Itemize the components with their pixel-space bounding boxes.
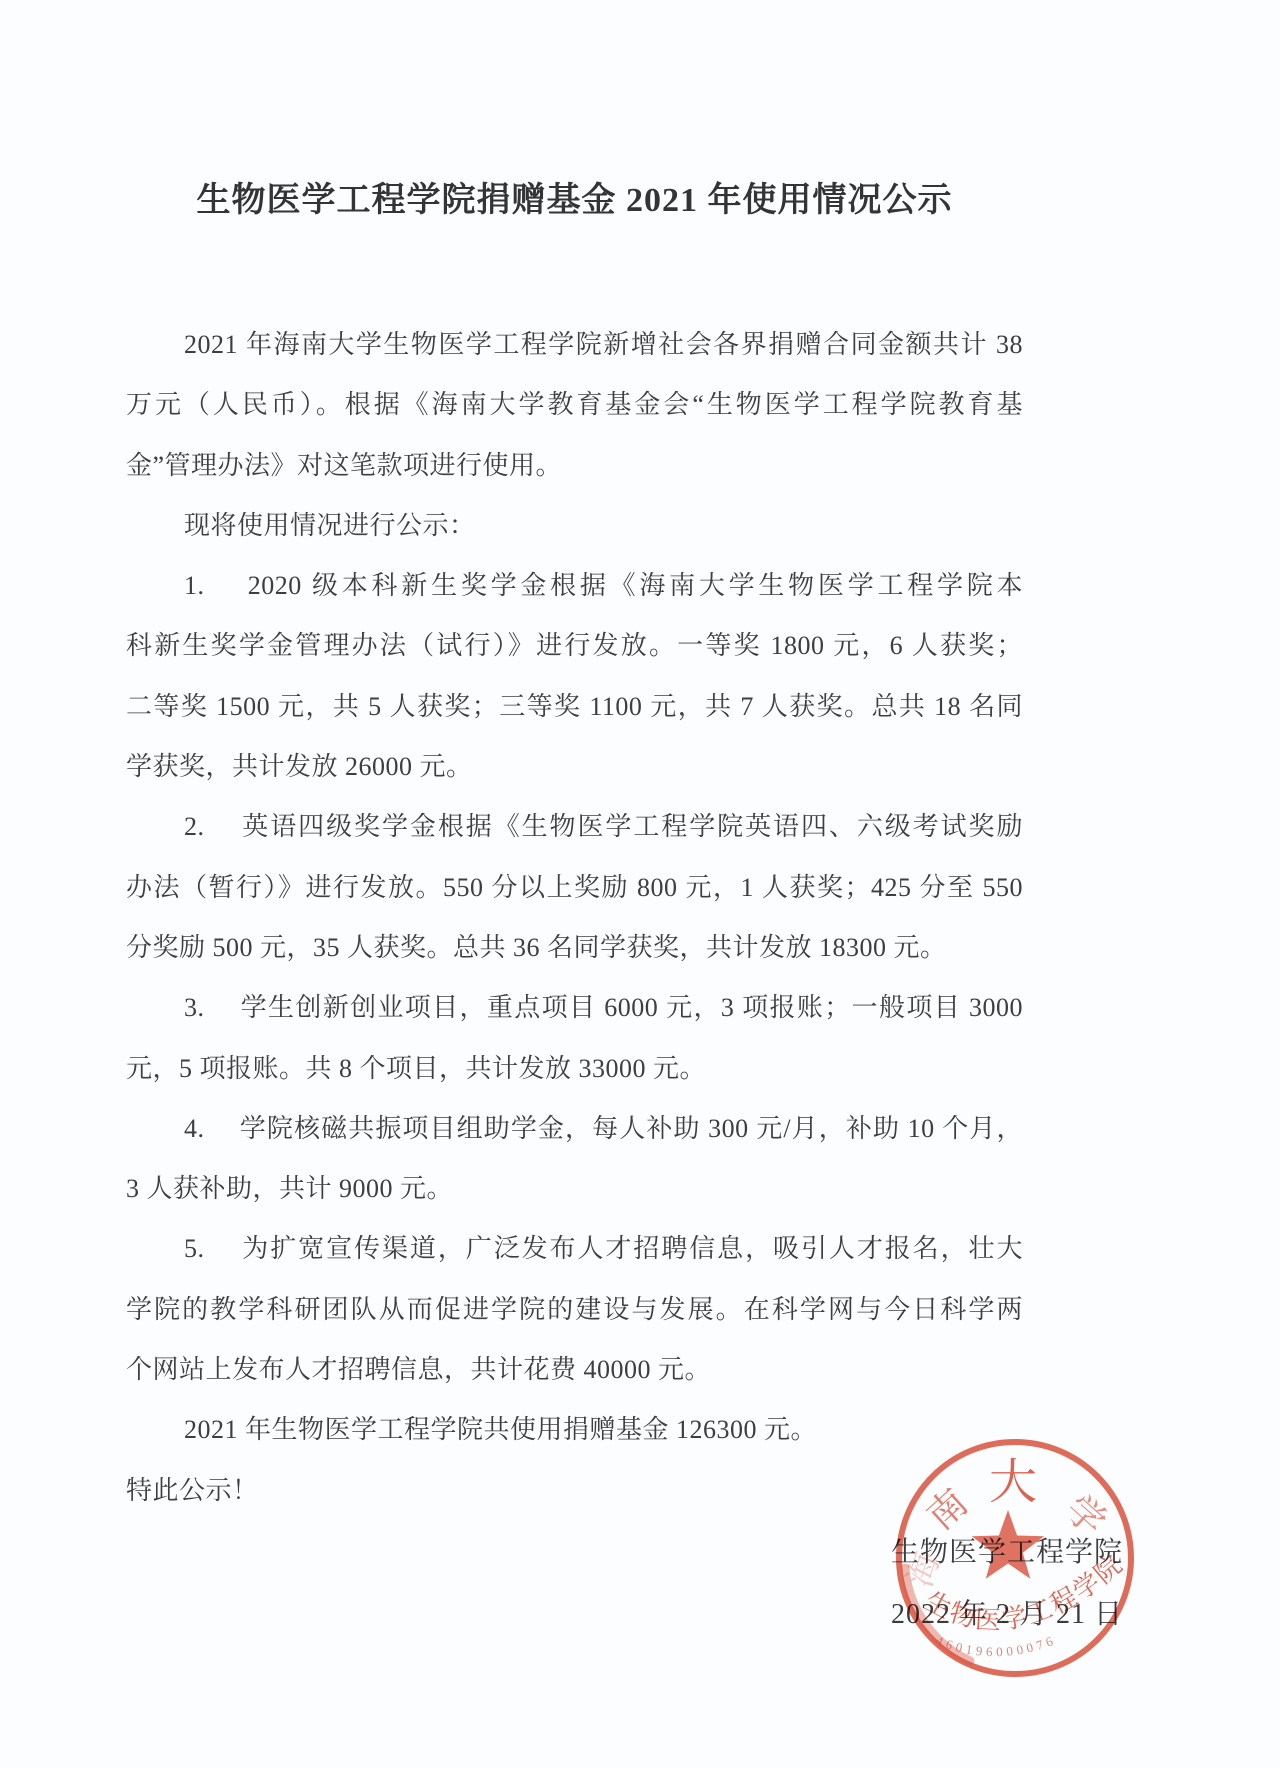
body-line: 元，5 项报账。共 8 个项目，共计发放 33000 元。 (126, 1039, 1023, 1099)
body-line: 2021 年生物医学工程学院共使用捐赠基金 126300 元。 (126, 1400, 1023, 1460)
body-line: 2. 英语四级奖学金根据《生物医学工程学院英语四、六级考试奖励 (126, 797, 1023, 857)
body-line: 3 人获补助，共计 9000 元。 (126, 1159, 1023, 1219)
body-line: 5. 为扩宽宣传渠道，广泛发布人才招聘信息，吸引人才报名，壮大 (126, 1219, 1023, 1279)
body-line: 学院的教学科研团队从而促进学院的建设与发展。在科学网与今日科学两 (126, 1280, 1023, 1340)
body-line: 办法（暂行）》进行发放。550 分以上奖励 800 元，1 人获奖；425 分至… (126, 858, 1023, 918)
stamp-serial-number: 460196000076 (934, 1632, 1059, 1659)
body-line: 个网站上发布人才招聘信息，共计花费 40000 元。 (126, 1340, 1023, 1400)
body-line: 现将使用情况进行公示： (126, 496, 1023, 556)
body-line: 1. 2020 级本科新生奖学金根据《海南大学生物医学工程学院本 (126, 556, 1023, 616)
signature-date: 2022 年 2 月 21 日 (126, 1592, 1123, 1632)
body-line: 二等奖 1500 元，共 5 人获奖；三等奖 1100 元，共 7 人获奖。总共… (126, 677, 1023, 737)
body-line: 学获奖，共计发放 26000 元。 (126, 737, 1023, 797)
body-line: 科新生奖学金管理办法（试行）》进行发放。一等奖 1800 元，6 人获奖； (126, 616, 1023, 676)
svg-text:460196000076: 460196000076 (934, 1632, 1059, 1659)
body-line: 2021 年海南大学生物医学工程学院新增社会各界捐赠合同金额共计 38 (126, 315, 1023, 375)
document-title: 生物医学工程学院捐赠基金 2021 年使用情况公示 (126, 172, 1023, 221)
body-line: 4. 学院核磁共振项目组助学金，每人补助 300 元/月，补助 10 个月， (126, 1099, 1023, 1159)
body-line: 万元（人民币）。根据《海南大学教育基金会“生物医学工程学院教育基 (126, 375, 1023, 435)
body-line: 分奖励 500 元，35 人获奖。总共 36 名同学获奖，共计发放 18300 … (126, 918, 1023, 978)
body-line: 特此公示！ (126, 1461, 1023, 1521)
body-line: 3. 学生创新创业项目，重点项目 6000 元，3 项报账；一般项目 3000 (126, 978, 1023, 1038)
document-body: 2021 年海南大学生物医学工程学院新增社会各界捐赠合同金额共计 38万元（人民… (126, 315, 1023, 1521)
signature-org: 生物医学工程学院 (126, 1530, 1123, 1570)
scanned-document-page: 生物医学工程学院捐赠基金 2021 年使用情况公示 2021 年海南大学生物医学… (0, 0, 1280, 1768)
body-line: 金”管理办法》对这笔款项进行使用。 (126, 436, 1023, 496)
